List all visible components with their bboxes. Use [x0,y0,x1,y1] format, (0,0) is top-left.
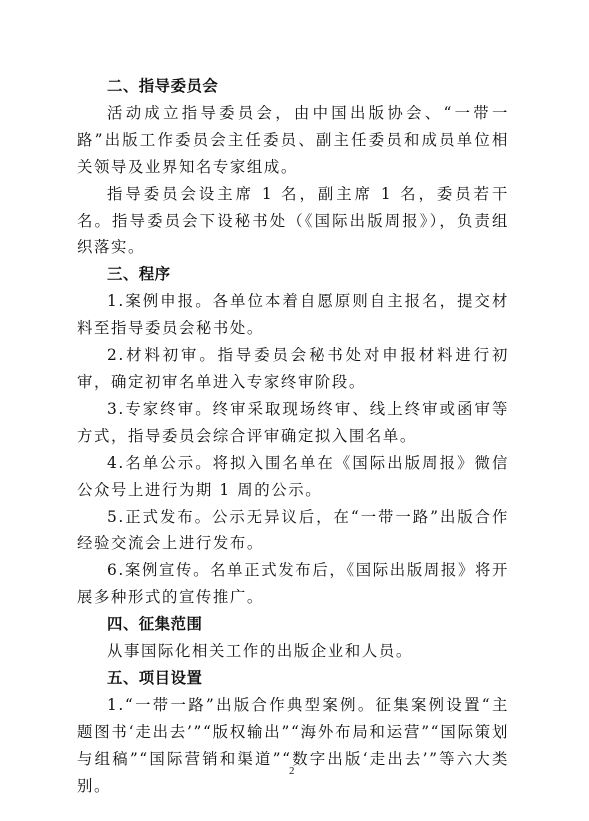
paragraph: 3.专家终审。终审采取现场终审、线上终审或函审等方式，指导委员会综合评审确定拟入… [77,396,509,450]
section-heading-project-setup: 五、项目设置 [77,665,509,692]
paragraph: 活动成立指导委员会，由中国出版协会、“一带一路”出版工作委员会主任委员、副主任委… [77,100,509,181]
paragraph: 5.正式发布。公示无异议后，在“一带一路”出版合作经验交流会上进行发布。 [77,504,509,558]
section-heading-scope: 四、征集范围 [77,611,509,638]
document-body: 二、指导委员会 活动成立指导委员会，由中国出版协会、“一带一路”出版工作委员会主… [77,73,509,799]
section-heading-procedure: 三、程序 [77,261,509,288]
paragraph: 6.案例宣传。名单正式发布后，《国际出版周报》将开展多种形式的宣传推广。 [77,557,509,611]
paragraph: 从事国际化相关工作的出版企业和人员。 [77,638,509,665]
section-heading-steering-committee: 二、指导委员会 [77,73,509,100]
paragraph: 4.名单公示。将拟入围名单在《国际出版周报》微信公众号上进行为期 1 周的公示。 [77,450,509,504]
paragraph: 2.材料初审。指导委员会秘书处对申报材料进行初审，确定初审名单进入专家终审阶段。 [77,342,509,396]
paragraph: 指导委员会设主席 1 名，副主席 1 名，委员若干名。指导委员会下设秘书处（《国… [77,181,509,262]
document-page: 二、指导委员会 活动成立指导委员会，由中国出版协会、“一带一路”出版工作委员会主… [0,0,589,821]
paragraph: 1.案例申报。各单位本着自愿原则自主报名，提交材料至指导委员会秘书处。 [77,288,509,342]
paragraph: 1.“一带一路”出版合作典型案例。征集案例设置“主题图书‘走出去’”“版权输出”… [77,692,509,800]
page-number: 2 [289,765,295,777]
